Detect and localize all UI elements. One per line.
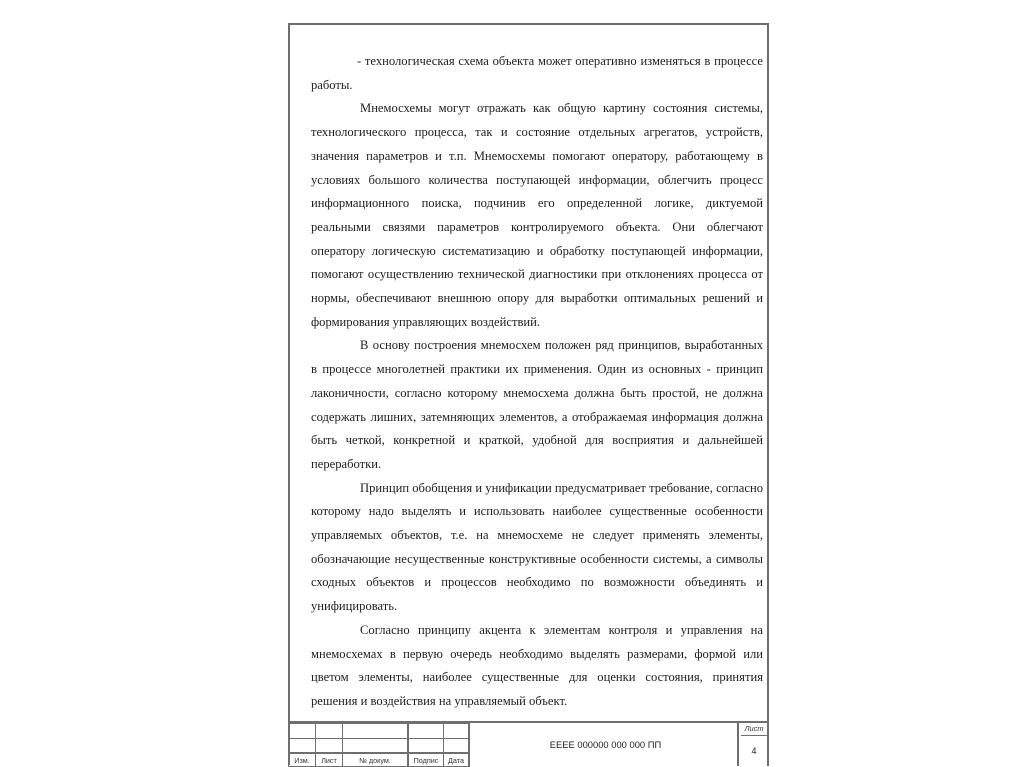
document-body: - технологическая схема объекта может оп… [311,50,763,714]
paragraph: В основу построения мнемосхем положен ря… [311,334,763,476]
revision-table: Изм. Лист № докум. Подпис Дата [288,723,470,767]
sheet-number-box: Лист 4 [741,723,769,766]
column-label-signature: Подпис [408,753,444,767]
sheet-label: Лист [741,723,767,736]
column-label-doc-number: № докум. [343,753,409,767]
paragraph: Принцип обобщения и унификации предусмат… [311,477,763,619]
title-block: Изм. Лист № докум. Подпис Дата ЕЕЕЕ 0000… [288,721,769,766]
sheet-number: 4 [741,736,767,766]
paragraph: Мнемосхемы могут отражать как общую карт… [311,97,763,334]
document-page: - технологическая схема объекта может оп… [288,23,769,765]
column-label-change: Изм. [289,753,316,767]
column-label-sheet: Лист [316,753,343,767]
paragraph: - технологическая схема объекта может оп… [311,50,763,97]
document-code: ЕЕЕЕ 000000 000 000 ПП [474,723,739,766]
paragraph: Согласно принципу акцента к элементам ко… [311,619,763,714]
column-label-date: Дата [444,753,470,767]
